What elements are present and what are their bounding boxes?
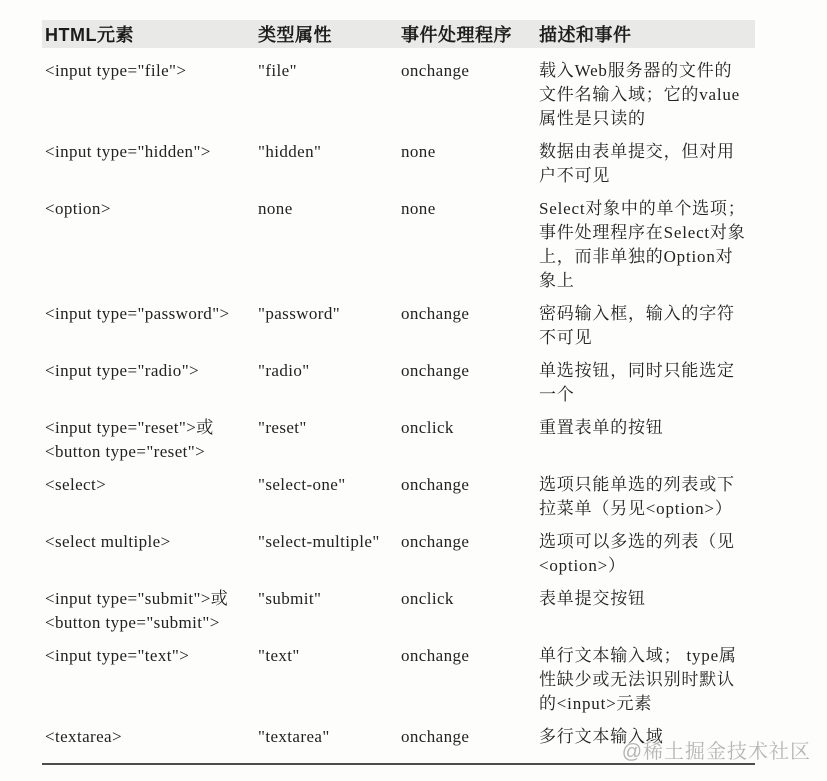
table-row: <select multiple>"select-multiple"onchan…: [42, 530, 755, 587]
text-line: <input type="text">: [45, 644, 255, 668]
cell-type-attr: "text": [255, 644, 398, 716]
text-line: Select对象中的单个选项；: [539, 197, 755, 221]
text-line: 的<input>元素: [539, 692, 755, 716]
cell-type-attr: "hidden": [255, 140, 398, 188]
cell-event-handler: onchange: [398, 359, 536, 407]
text-line: 不可见: [539, 326, 755, 350]
cell-type-attr: "reset": [255, 416, 398, 464]
text-line: <option>: [45, 197, 255, 221]
cell-description: 表单提交按钮: [536, 587, 755, 635]
cell-html-element: <input type="hidden">: [42, 140, 255, 188]
text-line: "select-multiple": [258, 530, 398, 554]
table-body: <input type="file">"file"onchange载入Web服务…: [42, 48, 755, 758]
text-line: 单行文本输入域； type属: [539, 644, 755, 668]
cell-type-attr: "select-multiple": [255, 530, 398, 578]
cell-event-handler: onchange: [398, 59, 536, 131]
text-line: <input type="password">: [45, 302, 255, 326]
text-line: onchange: [401, 644, 536, 668]
cell-type-attr: "select-one": [255, 473, 398, 521]
table-header-row: HTML元素 类型属性 事件处理程序 描述和事件: [42, 20, 755, 48]
text-line: 象上: [539, 269, 755, 293]
text-line: <select>: [45, 473, 255, 497]
cell-event-handler: onchange: [398, 725, 536, 749]
table-row: <input type="file">"file"onchange载入Web服务…: [42, 59, 755, 140]
text-line: onchange: [401, 59, 536, 83]
text-line: <option>）: [539, 554, 755, 578]
cell-event-handler: onchange: [398, 530, 536, 578]
table-row: <input type="hidden">"hidden"none数据由表单提交…: [42, 140, 755, 197]
table-row: <select>"select-one"onchange选项只能单选的列表或下拉…: [42, 473, 755, 530]
table-row: <input type="password">"password"onchang…: [42, 302, 755, 359]
text-line: "file": [258, 59, 398, 83]
text-line: <input type="hidden">: [45, 140, 255, 164]
cell-description: Select对象中的单个选项；事件处理程序在Select对象上，而非单独的Opt…: [536, 197, 755, 293]
cell-html-element: <select multiple>: [42, 530, 255, 578]
cell-type-attr: "password": [255, 302, 398, 350]
text-line: <select multiple>: [45, 530, 255, 554]
text-line: "text": [258, 644, 398, 668]
cell-description: 重置表单的按钮: [536, 416, 755, 464]
table-row: <input type="reset">或<button type="reset…: [42, 416, 755, 473]
text-line: none: [401, 197, 536, 221]
cell-description: 载入Web服务器的文件的文件名输入域；它的value属性是只读的: [536, 59, 755, 131]
table-row: <input type="radio">"radio"onchange单选按钮，…: [42, 359, 755, 416]
cell-type-attr: "radio": [255, 359, 398, 407]
cell-description: 单行文本输入域； type属性缺少或无法识别时默认的<input>元素: [536, 644, 755, 716]
column-header-type-attr: 类型属性: [255, 21, 398, 47]
cell-type-attr: "submit": [255, 587, 398, 635]
text-line: 密码输入框，输入的字符: [539, 302, 755, 326]
text-line: none: [258, 197, 398, 221]
text-line: onchange: [401, 302, 536, 326]
text-line: 单选按钮，同时只能选定: [539, 359, 755, 383]
cell-event-handler: onclick: [398, 416, 536, 464]
cell-description: 单选按钮，同时只能选定一个: [536, 359, 755, 407]
cell-description: 选项只能单选的列表或下拉菜单（另见<option>）: [536, 473, 755, 521]
text-line: 文件名输入域；它的value: [539, 83, 755, 107]
cell-event-handler: onchange: [398, 302, 536, 350]
text-line: "submit": [258, 587, 398, 611]
text-line: 选项可以多选的列表（见: [539, 530, 755, 554]
text-line: <textarea>: [45, 725, 255, 749]
text-line: 数据由表单提交，但对用: [539, 140, 755, 164]
table-row: <input type="submit">或<button type="subm…: [42, 587, 755, 644]
cell-html-element: <option>: [42, 197, 255, 293]
cell-event-handler: none: [398, 197, 536, 293]
text-line: <input type="file">: [45, 59, 255, 83]
book-page: HTML元素 类型属性 事件处理程序 描述和事件 <input type="fi…: [0, 0, 827, 781]
text-line: 载入Web服务器的文件的: [539, 59, 755, 83]
text-line: 性缺少或无法识别时默认: [539, 668, 755, 692]
text-line: 上，而非单独的Option对: [539, 245, 755, 269]
text-line: onchange: [401, 725, 536, 749]
text-line: 户不可见: [539, 164, 755, 188]
cell-html-element: <input type="text">: [42, 644, 255, 716]
text-line: "textarea": [258, 725, 398, 749]
cell-html-element: <input type="file">: [42, 59, 255, 131]
watermark: @稀土掘金技术社区: [622, 735, 811, 764]
cell-event-handler: onchange: [398, 473, 536, 521]
elements-table: HTML元素 类型属性 事件处理程序 描述和事件 <input type="fi…: [42, 20, 755, 765]
text-line: onchange: [401, 359, 536, 383]
text-line: <input type="submit">或: [45, 587, 255, 611]
cell-event-handler: none: [398, 140, 536, 188]
text-line: "reset": [258, 416, 398, 440]
text-line: <button type="submit">: [45, 611, 255, 635]
text-line: 一个: [539, 383, 755, 407]
column-header-description: 描述和事件: [536, 21, 755, 47]
table-row: <input type="text">"text"onchange单行文本输入域…: [42, 644, 755, 725]
text-line: <input type="radio">: [45, 359, 255, 383]
cell-html-element: <input type="radio">: [42, 359, 255, 407]
text-line: 表单提交按钮: [539, 587, 755, 611]
text-line: 事件处理程序在Select对象: [539, 221, 755, 245]
cell-html-element: <textarea>: [42, 725, 255, 749]
text-line: 选项只能单选的列表或下: [539, 473, 755, 497]
cell-type-attr: "file": [255, 59, 398, 131]
cell-html-element: <input type="reset">或<button type="reset…: [42, 416, 255, 464]
text-line: <input type="reset">或: [45, 416, 255, 440]
text-line: "password": [258, 302, 398, 326]
cell-type-attr: none: [255, 197, 398, 293]
cell-description: 数据由表单提交，但对用户不可见: [536, 140, 755, 188]
cell-html-element: <input type="submit">或<button type="subm…: [42, 587, 255, 635]
cell-event-handler: onchange: [398, 644, 536, 716]
column-header-event-handler: 事件处理程序: [398, 21, 536, 47]
text-line: onchange: [401, 530, 536, 554]
cell-type-attr: "textarea": [255, 725, 398, 749]
text-line: "radio": [258, 359, 398, 383]
cell-description: 选项可以多选的列表（见<option>）: [536, 530, 755, 578]
text-line: "hidden": [258, 140, 398, 164]
text-line: none: [401, 140, 536, 164]
column-header-html-element: HTML元素: [42, 21, 255, 47]
cell-event-handler: onclick: [398, 587, 536, 635]
text-line: onchange: [401, 473, 536, 497]
text-line: "select-one": [258, 473, 398, 497]
cell-html-element: <select>: [42, 473, 255, 521]
text-line: <button type="reset">: [45, 440, 255, 464]
text-line: 属性是只读的: [539, 107, 755, 131]
text-line: 拉菜单（另见<option>）: [539, 497, 755, 521]
text-line: onclick: [401, 416, 536, 440]
cell-html-element: <input type="password">: [42, 302, 255, 350]
text-line: 重置表单的按钮: [539, 416, 755, 440]
text-line: onclick: [401, 587, 536, 611]
table-row: <option>nonenoneSelect对象中的单个选项；事件处理程序在Se…: [42, 197, 755, 302]
cell-description: 密码输入框，输入的字符不可见: [536, 302, 755, 350]
